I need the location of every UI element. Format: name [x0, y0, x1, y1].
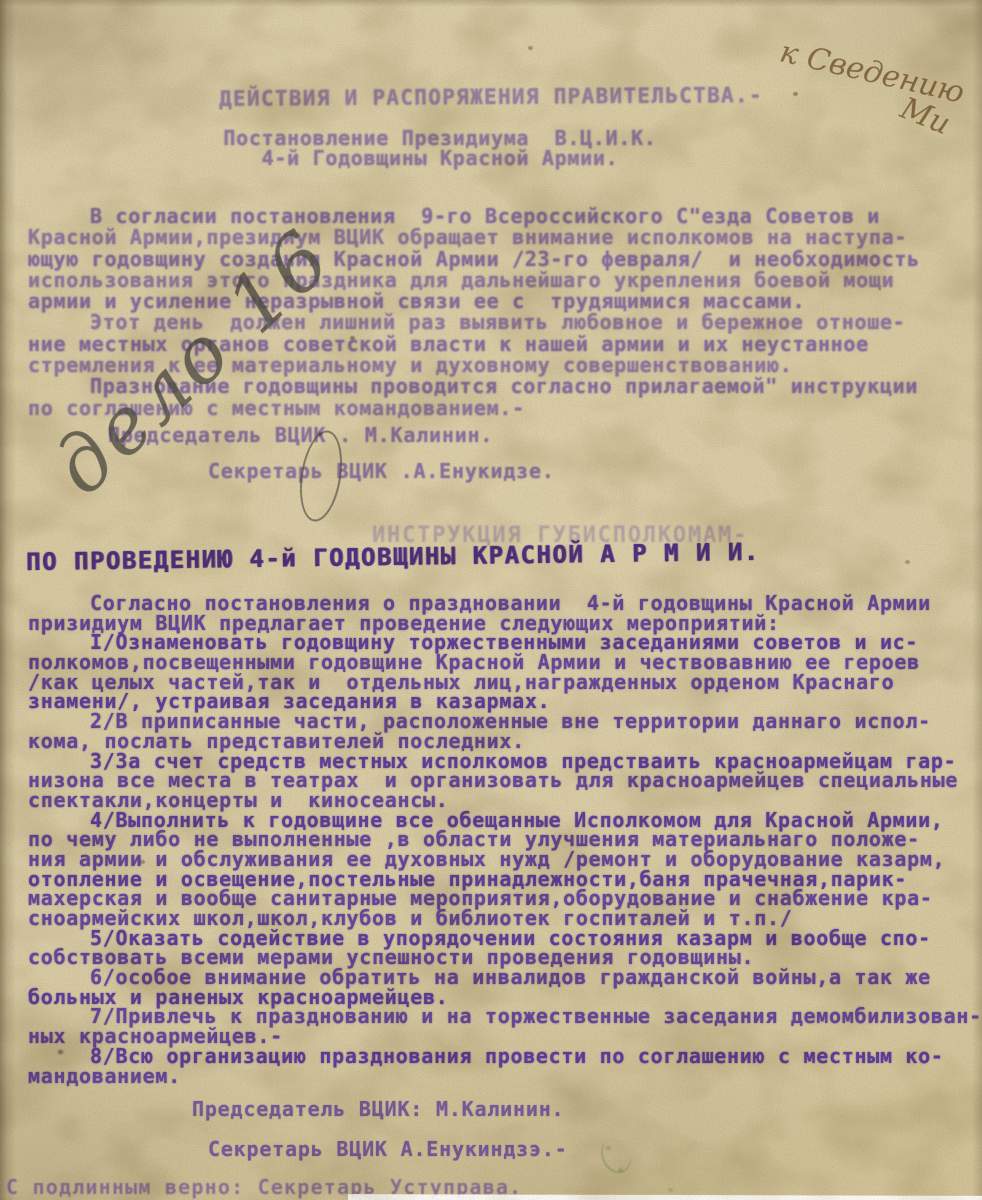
green-pencil-mark [596, 1134, 637, 1178]
scan-edge [348, 1194, 982, 1200]
typed-line: мандованием. [28, 1067, 982, 1087]
instruction-text: Согласно постановления о праздновании 4-… [28, 594, 982, 1086]
instruction-secretary-signature: Секретарь ВЦИК А.Енукиндзэ.- [208, 1138, 568, 1160]
paper-specks [0, 0, 5, 4]
document-title: ДЕЙСТВИЯ И РАСПОРЯЖЕНИЯ ПРАВИТЕЛЬСТВА.- [0, 85, 982, 116]
masthead: ДЕЙСТВИЯ И РАСПОРЯЖЕНИЯ ПРАВИТЕЛЬСТВА.- [0, 85, 982, 116]
instruction-heading: ПО ПРОВЕДЕНИЮ 4-й ГОДОВЩИНЫ КРАСНОЙ А Р … [26, 539, 760, 575]
instruction-chairman-signature: Председатель ВЦИК: М.Калинин. [192, 1098, 564, 1120]
scanned-document-page: ДЕЙСТВИЯ И РАСПОРЯЖЕНИЯ ПРАВИТЕЛЬСТВА.- … [0, 0, 982, 1200]
masthead-subtitles: Постановление Президиума В.Ц.И.К. 4-й Го… [60, 129, 820, 169]
anniversary-subtitle: 4-й Годовщины Красной Армии. [60, 149, 820, 169]
decree-secretary-signature: Секретарь ВЦИК .А.Енукидзе. [208, 460, 555, 482]
